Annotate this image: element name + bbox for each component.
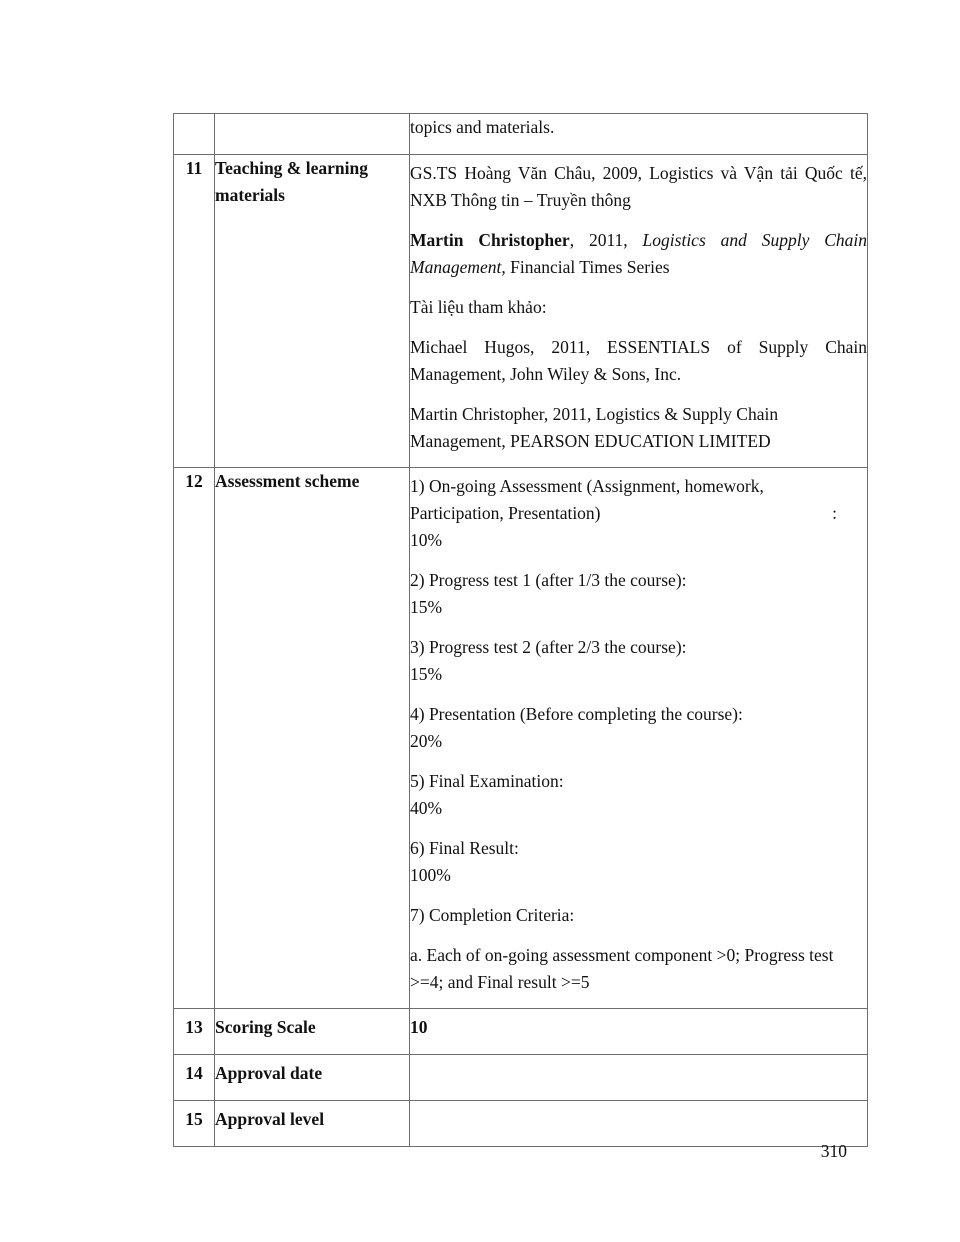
table-row-approval-level: 15 Approval level <box>174 1101 868 1147</box>
assessment-item-6: 6) Final Result: 100% <box>410 835 837 889</box>
reference-2-author: Martin Christopher <box>410 230 570 250</box>
continuation-text: topics and materials. <box>410 114 867 141</box>
row-number-14: 14 <box>174 1055 215 1101</box>
row-content-cell: topics and materials. <box>410 114 868 155</box>
assessment-item-4-label: 4) Presentation (Before completing the c… <box>410 701 837 728</box>
table-row-teaching-materials: 11 Teaching & learning materials GS.TS H… <box>174 155 868 468</box>
reference-2: Martin Christopher, 2011, Logistics and … <box>410 227 867 281</box>
assessment-item-1-line2: Participation, Presentation) : <box>410 500 837 527</box>
row-label-approval-level: Approval level <box>215 1101 410 1147</box>
table-row-scoring-scale: 13 Scoring Scale 10 <box>174 1009 868 1055</box>
row-number-cell <box>174 114 215 155</box>
assessment-item-3: 3) Progress test 2 (after 2/3 the course… <box>410 634 837 688</box>
approval-date-value <box>410 1055 868 1101</box>
assessment-item-4-weight: 20% <box>410 728 837 755</box>
assessment-scheme-content: 1) On-going Assessment (Assignment, home… <box>410 468 868 1009</box>
assessment-item-3-weight: 15% <box>410 661 837 688</box>
teaching-materials-content: GS.TS Hoàng Văn Châu, 2009, Logistics và… <box>410 155 868 468</box>
row-label-scoring-scale: Scoring Scale <box>215 1009 410 1055</box>
row-label-approval-date: Approval date <box>215 1055 410 1101</box>
row-number-12: 12 <box>174 468 215 1009</box>
assessment-item-1-label-cont: Participation, Presentation) <box>410 500 601 527</box>
assessment-item-5-weight: 40% <box>410 795 837 822</box>
assessment-item-2: 2) Progress test 1 (after 1/3 the course… <box>410 567 837 621</box>
row-label-teaching-materials: Teaching & learning materials <box>215 155 410 468</box>
row-number-13: 13 <box>174 1009 215 1055</box>
assessment-item-5-label: 5) Final Examination: <box>410 768 837 795</box>
row-label-cell <box>215 114 410 155</box>
table-row-assessment-scheme: 12 Assessment scheme 1) On-going Assessm… <box>174 468 868 1009</box>
reference-1: GS.TS Hoàng Văn Châu, 2009, Logistics và… <box>410 160 867 214</box>
reference-2-publisher: Financial Times Series <box>506 257 670 277</box>
reference-2-year: , 2011, <box>570 230 643 250</box>
completion-criteria-text: a. Each of on-going assessment component… <box>410 942 837 996</box>
page-number: 310 <box>821 1141 847 1162</box>
assessment-item-4: 4) Presentation (Before completing the c… <box>410 701 837 755</box>
assessment-item-5: 5) Final Examination: 40% <box>410 768 837 822</box>
reference-3: Michael Hugos, 2011, ESSENTIALS of Suppl… <box>410 334 867 388</box>
completion-criteria-title: 7) Completion Criteria: <box>410 902 837 929</box>
row-number-11: 11 <box>174 155 215 468</box>
table-row-continuation: topics and materials. <box>174 114 868 155</box>
row-label-assessment-scheme: Assessment scheme <box>215 468 410 1009</box>
assessment-item-1-colon: : <box>832 500 837 527</box>
references-heading: Tài liệu tham khảo: <box>410 294 867 321</box>
assessment-item-1-label: 1) On-going Assessment (Assignment, home… <box>410 473 837 500</box>
assessment-item-1-weight: 10% <box>410 527 837 554</box>
table-row-approval-date: 14 Approval date <box>174 1055 868 1101</box>
approval-level-value <box>410 1101 868 1147</box>
assessment-item-1: 1) On-going Assessment (Assignment, home… <box>410 473 837 554</box>
assessment-item-3-label: 3) Progress test 2 (after 2/3 the course… <box>410 634 837 661</box>
reference-4: Martin Christopher, 2011, Logistics & Su… <box>410 401 867 455</box>
assessment-item-6-label: 6) Final Result: <box>410 835 837 862</box>
scoring-scale-value: 10 <box>410 1009 868 1055</box>
assessment-item-2-weight: 15% <box>410 594 837 621</box>
row-number-15: 15 <box>174 1101 215 1147</box>
syllabus-table: topics and materials. 11 Teaching & lear… <box>173 113 868 1147</box>
assessment-item-2-label: 2) Progress test 1 (after 1/3 the course… <box>410 567 837 594</box>
assessment-item-6-weight: 100% <box>410 862 837 889</box>
